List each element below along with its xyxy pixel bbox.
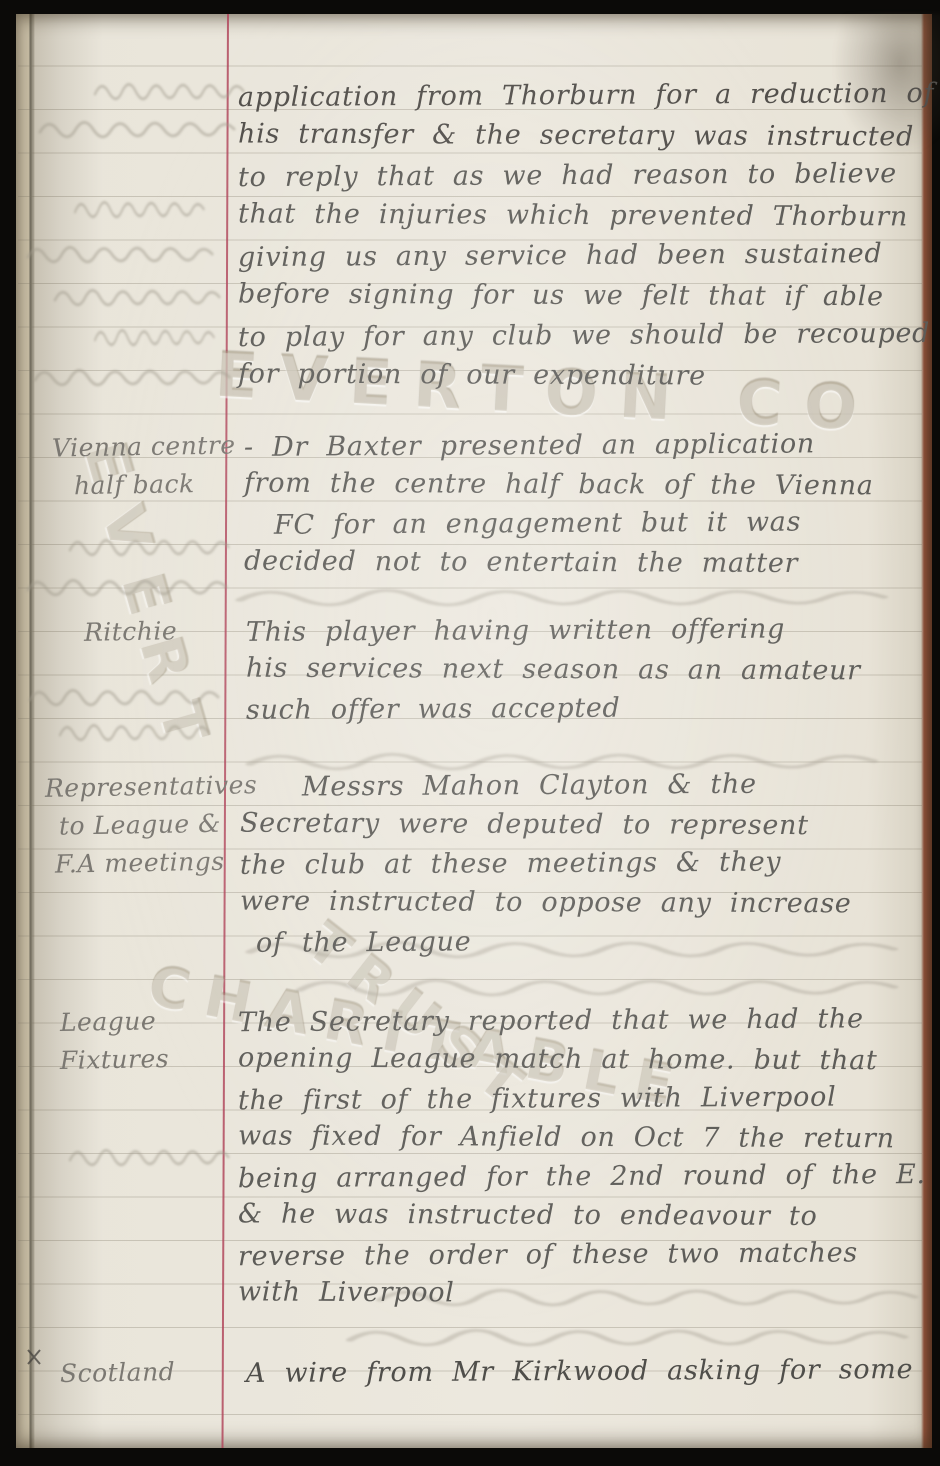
minute-book-page: EVERTON CO EVERT CHARITABLE TRUST	[16, 14, 932, 1448]
handwritten-line: Messrs Mahon Clayton & the	[240, 768, 852, 811]
margin-heading: Vienna centre half back	[52, 432, 236, 508]
handwritten-line: such offer was accepted	[246, 691, 861, 734]
handwritten-line: Secretary were deputed to represent	[240, 808, 852, 850]
handwritten-line: reverse the order of these two matches	[238, 1237, 940, 1280]
handwritten-line: before signing for us we felt that if ab…	[238, 278, 934, 321]
minute-entry: Messrs Mahon Clayton & the Secretary wer…	[240, 770, 851, 965]
margin-heading-line: League	[60, 1006, 170, 1046]
handwritten-line: opening League match at home. but that	[238, 1042, 940, 1084]
ink-mark	[28, 1350, 40, 1364]
handwritten-line: - Dr Baxter presented an application	[244, 428, 874, 471]
handwritten-line: giving us any service had been sustained	[238, 238, 934, 282]
handwritten-line: for portion of our expenditure	[238, 358, 934, 401]
margin-heading: Scotland	[60, 1358, 175, 1396]
handwritten-line: were instructed to oppose any increase	[240, 886, 852, 928]
handwritten-line: application from Thorburn for a reductio…	[238, 78, 934, 122]
margin-heading-line: Fixtures	[60, 1044, 170, 1086]
handwritten-line: the club at these meetings & they	[240, 846, 852, 889]
handwritten-line: to reply that as we had reason to believ…	[238, 158, 934, 202]
handwritten-line: decided not to entertain the matter	[244, 546, 874, 588]
margin-heading: Ritchie	[84, 617, 177, 655]
handwritten-line: A wire from Mr Kirkwood asking for some	[246, 1354, 914, 1397]
handwritten-line: was fixed for Anfield on Oct 7 the retur…	[238, 1120, 940, 1162]
margin-heading-line: to League &	[45, 808, 258, 850]
handwritten-line: & he was instructed to endeavour to	[238, 1198, 940, 1240]
handwritten-line: FC for an engagement but it was	[244, 506, 874, 549]
handwritten-line: The Secretary reported that we had the	[238, 1003, 940, 1046]
margin-heading-line: half back	[52, 468, 236, 509]
handwritten-line: the first of the fixtures with Liverpool	[238, 1081, 940, 1124]
margin-heading-line: Representatives	[45, 770, 258, 812]
handwritten-line: his transfer & the secretary was instruc…	[238, 118, 934, 161]
handwritten-line: to play for any club we should be recoup…	[238, 318, 934, 362]
handwritten-line: that the injuries which prevented Thorbu…	[238, 198, 934, 241]
handwritten-line: from the centre half back of the Vienna	[244, 468, 874, 510]
minute-entry: A wire from Mr Kirkwood asking for some	[246, 1356, 913, 1395]
margin-heading-line: F.A meetings	[45, 846, 258, 888]
handwritten-line: being arranged for the 2nd round of the …	[238, 1159, 940, 1202]
margin-heading: Representatives to League & F.A meetings	[45, 772, 257, 886]
minute-entry: application from Thorburn for a reductio…	[238, 80, 934, 400]
margin-heading-line: Vienna centre	[52, 430, 236, 471]
photograph-background: EVERTON CO EVERT CHARITABLE TRUST	[0, 0, 940, 1466]
handwritten-line: with Liverpool	[238, 1276, 940, 1318]
handwritten-line: of the League	[240, 924, 852, 967]
minute-entry: - Dr Baxter presented an application fro…	[244, 430, 874, 586]
margin-heading-line: Ritchie	[84, 616, 178, 656]
minute-entry: This player having written offering his …	[246, 615, 861, 732]
handwritten-line: This player having written offering	[246, 613, 861, 656]
minute-entry: The Secretary reported that we had the o…	[238, 1005, 940, 1317]
handwritten-line: his services next season as an amateur	[246, 653, 861, 695]
margin-heading-line: Scotland	[60, 1357, 176, 1397]
margin-heading: League Fixtures	[60, 1007, 169, 1085]
